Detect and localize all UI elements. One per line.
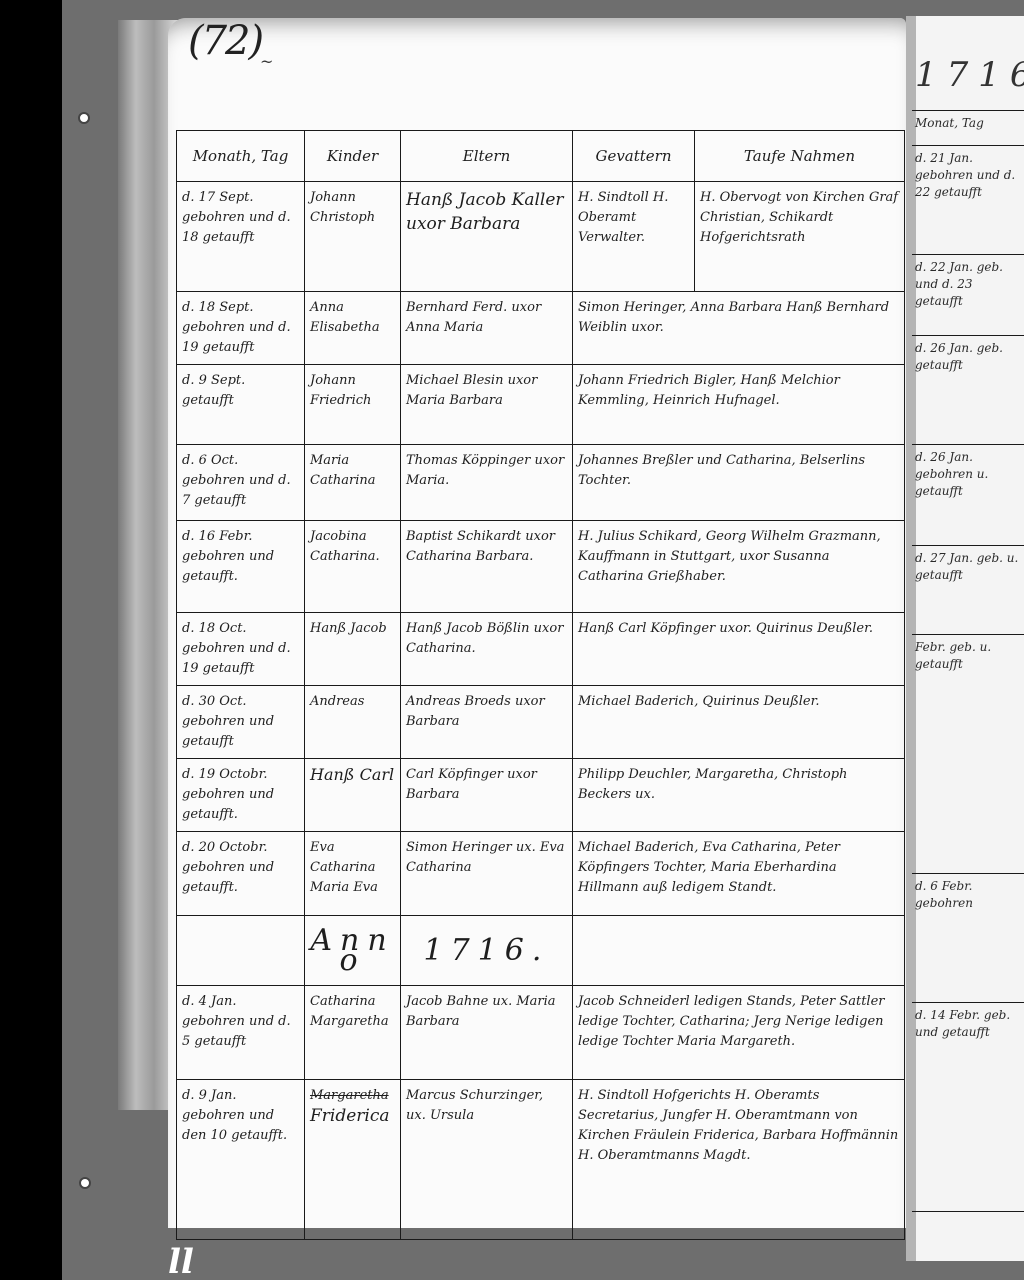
facing-entry: d. 6 Febr. gebohren xyxy=(912,874,1024,1003)
cell-godparents: Michael Baderich, Eva Catharina, Peter K… xyxy=(573,832,905,916)
folio-number: (72) xyxy=(188,18,262,64)
cell-child: Margaretha Friderica xyxy=(305,1080,401,1240)
cell-parents: Baptist Schikardt uxor Catharina Barbara… xyxy=(401,521,573,613)
cell-child: Johann Friedrich xyxy=(305,365,401,445)
cell-date: d. 9 Sept. getaufft xyxy=(177,365,305,445)
column-header-parents: Eltern xyxy=(401,131,573,182)
cell-date: d. 16 Febr. gebohren und getaufft. xyxy=(177,521,305,613)
facing-page-table: Monat, Tag d. 21 Jan. gebohren und d. 22… xyxy=(912,110,1024,1212)
cell-date: d. 18 Sept. gebohren und d. 19 getaufft xyxy=(177,292,305,365)
table-header-row: Monath, Tag Kinder Eltern Gevattern Tauf… xyxy=(177,131,905,182)
struck-name: Margaretha xyxy=(310,1086,395,1106)
facing-entry: d. 26 Jan. geb. getaufft xyxy=(912,336,1024,445)
cell-date: d. 20 Octobr. gebohren und getaufft. xyxy=(177,832,305,916)
cell-godparents: Philipp Deuchler, Margaretha, Christoph … xyxy=(573,759,905,832)
cell-godparents: H. Julius Schikard, Georg Wilhelm Grazma… xyxy=(573,521,905,613)
cell-godparents: Johannes Breßler und Catharina, Belserli… xyxy=(573,445,905,521)
table-row: d. 9 Jan. gebohren und den 10 getaufft. … xyxy=(177,1080,905,1240)
cell-parents: Michael Blesin uxor Maria Barbara xyxy=(401,365,573,445)
cell-empty xyxy=(177,916,305,986)
column-header-child: Kinder xyxy=(305,131,401,182)
table-row: d. 17 Sept. gebohren und d. 18 getaufft … xyxy=(177,182,905,292)
table-row: d. 16 Febr. gebohren und getaufft. Jacob… xyxy=(177,521,905,613)
cell-parents: Andreas Broeds uxor Barbara xyxy=(401,686,573,759)
cell-parents: Hanß Jacob Kaller uxor Barbara xyxy=(401,182,573,292)
cell-date: d. 9 Jan. gebohren und den 10 getaufft. xyxy=(177,1080,305,1240)
cell-child: Anna Elisabetha xyxy=(305,292,401,365)
cell-date: d. 4 Jan. gebohren und d. 5 getaufft xyxy=(177,986,305,1080)
cell-child: Johann Christoph xyxy=(305,182,401,292)
baptism-register-table: Monath, Tag Kinder Eltern Gevattern Tauf… xyxy=(176,130,905,1240)
child-name: Friderica xyxy=(310,1106,395,1126)
cell-parents: Jacob Bahne ux. Maria Barbara xyxy=(401,986,573,1080)
cell-child: Andreas xyxy=(305,686,401,759)
facing-entry: d. 22 Jan. geb. und d. 23 getaufft xyxy=(912,255,1024,336)
year-divider-row: Anno 1716. xyxy=(177,916,905,986)
facing-page-year: 1716 xyxy=(915,55,1024,95)
film-frame-mark: ll xyxy=(168,1242,194,1280)
film-hole xyxy=(79,1177,91,1189)
cell-child: Maria Catharina xyxy=(305,445,401,521)
cell-godparents: Jacob Schneiderl ledigen Stands, Peter S… xyxy=(573,986,905,1080)
column-header-godparents: Gevattern xyxy=(573,131,695,182)
facing-column-header: Monat, Tag xyxy=(912,111,1024,146)
cell-godparents: Simon Heringer, Anna Barbara Hanß Bernha… xyxy=(573,292,905,365)
cell-parents: Marcus Schurzinger, ux. Ursula xyxy=(401,1080,573,1240)
facing-entry: d. 26 Jan. gebohren u. getaufft xyxy=(912,445,1024,546)
facing-entry: Febr. geb. u. getaufft xyxy=(912,635,1024,874)
anno-label: Anno xyxy=(305,916,401,986)
cell-godparents: H. Sindtoll H. Oberamt Verwalter. xyxy=(573,182,695,292)
cell-godparents: Michael Baderich, Quirinus Deußler. xyxy=(573,686,905,759)
cell-empty xyxy=(573,916,905,986)
cell-child: Jacobina Catharina. xyxy=(305,521,401,613)
cell-date: d. 19 Octobr. gebohren und getaufft. xyxy=(177,759,305,832)
column-header-date: Monath, Tag xyxy=(177,131,305,182)
facing-entry: d. 14 Febr. geb. und getaufft xyxy=(912,1003,1024,1212)
cell-parents: Hanß Jacob Bößlin uxor Catharina. xyxy=(401,613,573,686)
cell-child: Catharina Margaretha xyxy=(305,986,401,1080)
facing-entry: d. 27 Jan. geb. u. getaufft xyxy=(912,546,1024,635)
table-row: d. 18 Sept. gebohren und d. 19 getaufft … xyxy=(177,292,905,365)
table-row: d. 20 Octobr. gebohren und getaufft. Eva… xyxy=(177,832,905,916)
cell-date: d. 17 Sept. gebohren und d. 18 getaufft xyxy=(177,182,305,292)
cell-parents: Carl Köpfinger uxor Barbara xyxy=(401,759,573,832)
cell-parents: Bernhard Ferd. uxor Anna Maria xyxy=(401,292,573,365)
cell-godparents: Johann Friedrich Bigler, Hanß Melchior K… xyxy=(573,365,905,445)
cell-date: d. 6 Oct. gebohren und d. 7 getaufft xyxy=(177,445,305,521)
cell-notes: H. Obervogt von Kirchen Graf Christian, … xyxy=(695,182,905,292)
column-header-notes: Taufe Nahmen xyxy=(695,131,905,182)
table-row: d. 19 Octobr. gebohren und getaufft. Han… xyxy=(177,759,905,832)
cell-child: Eva Catharina Maria Eva xyxy=(305,832,401,916)
film-hole xyxy=(78,112,90,124)
corner-mark: ~ xyxy=(260,52,273,71)
cell-godparents: H. Sindtoll Hofgerichts H. Oberamts Secr… xyxy=(573,1080,905,1240)
cell-child: Hanß Carl xyxy=(305,759,401,832)
table-row: d. 6 Oct. gebohren und d. 7 getaufft Mar… xyxy=(177,445,905,521)
cell-godparents: Hanß Carl Köpfinger uxor. Quirinus Deußl… xyxy=(573,613,905,686)
table-row: d. 9 Sept. getaufft Johann Friedrich Mic… xyxy=(177,365,905,445)
facing-entry: d. 21 Jan. gebohren und d. 22 getaufft xyxy=(912,146,1024,255)
table-row: d. 18 Oct. gebohren und d. 19 getaufft H… xyxy=(177,613,905,686)
cell-parents: Thomas Köppinger uxor Maria. xyxy=(401,445,573,521)
table-row: d. 30 Oct. gebohren und getaufft Andreas… xyxy=(177,686,905,759)
cell-date: d. 18 Oct. gebohren und d. 19 getaufft xyxy=(177,613,305,686)
cell-child: Hanß Jacob xyxy=(305,613,401,686)
cell-date: d. 30 Oct. gebohren und getaufft xyxy=(177,686,305,759)
cell-parents: Simon Heringer ux. Eva Catharina xyxy=(401,832,573,916)
anno-year: 1716. xyxy=(401,916,573,986)
table-row: d. 4 Jan. gebohren und d. 5 getaufft Cat… xyxy=(177,986,905,1080)
